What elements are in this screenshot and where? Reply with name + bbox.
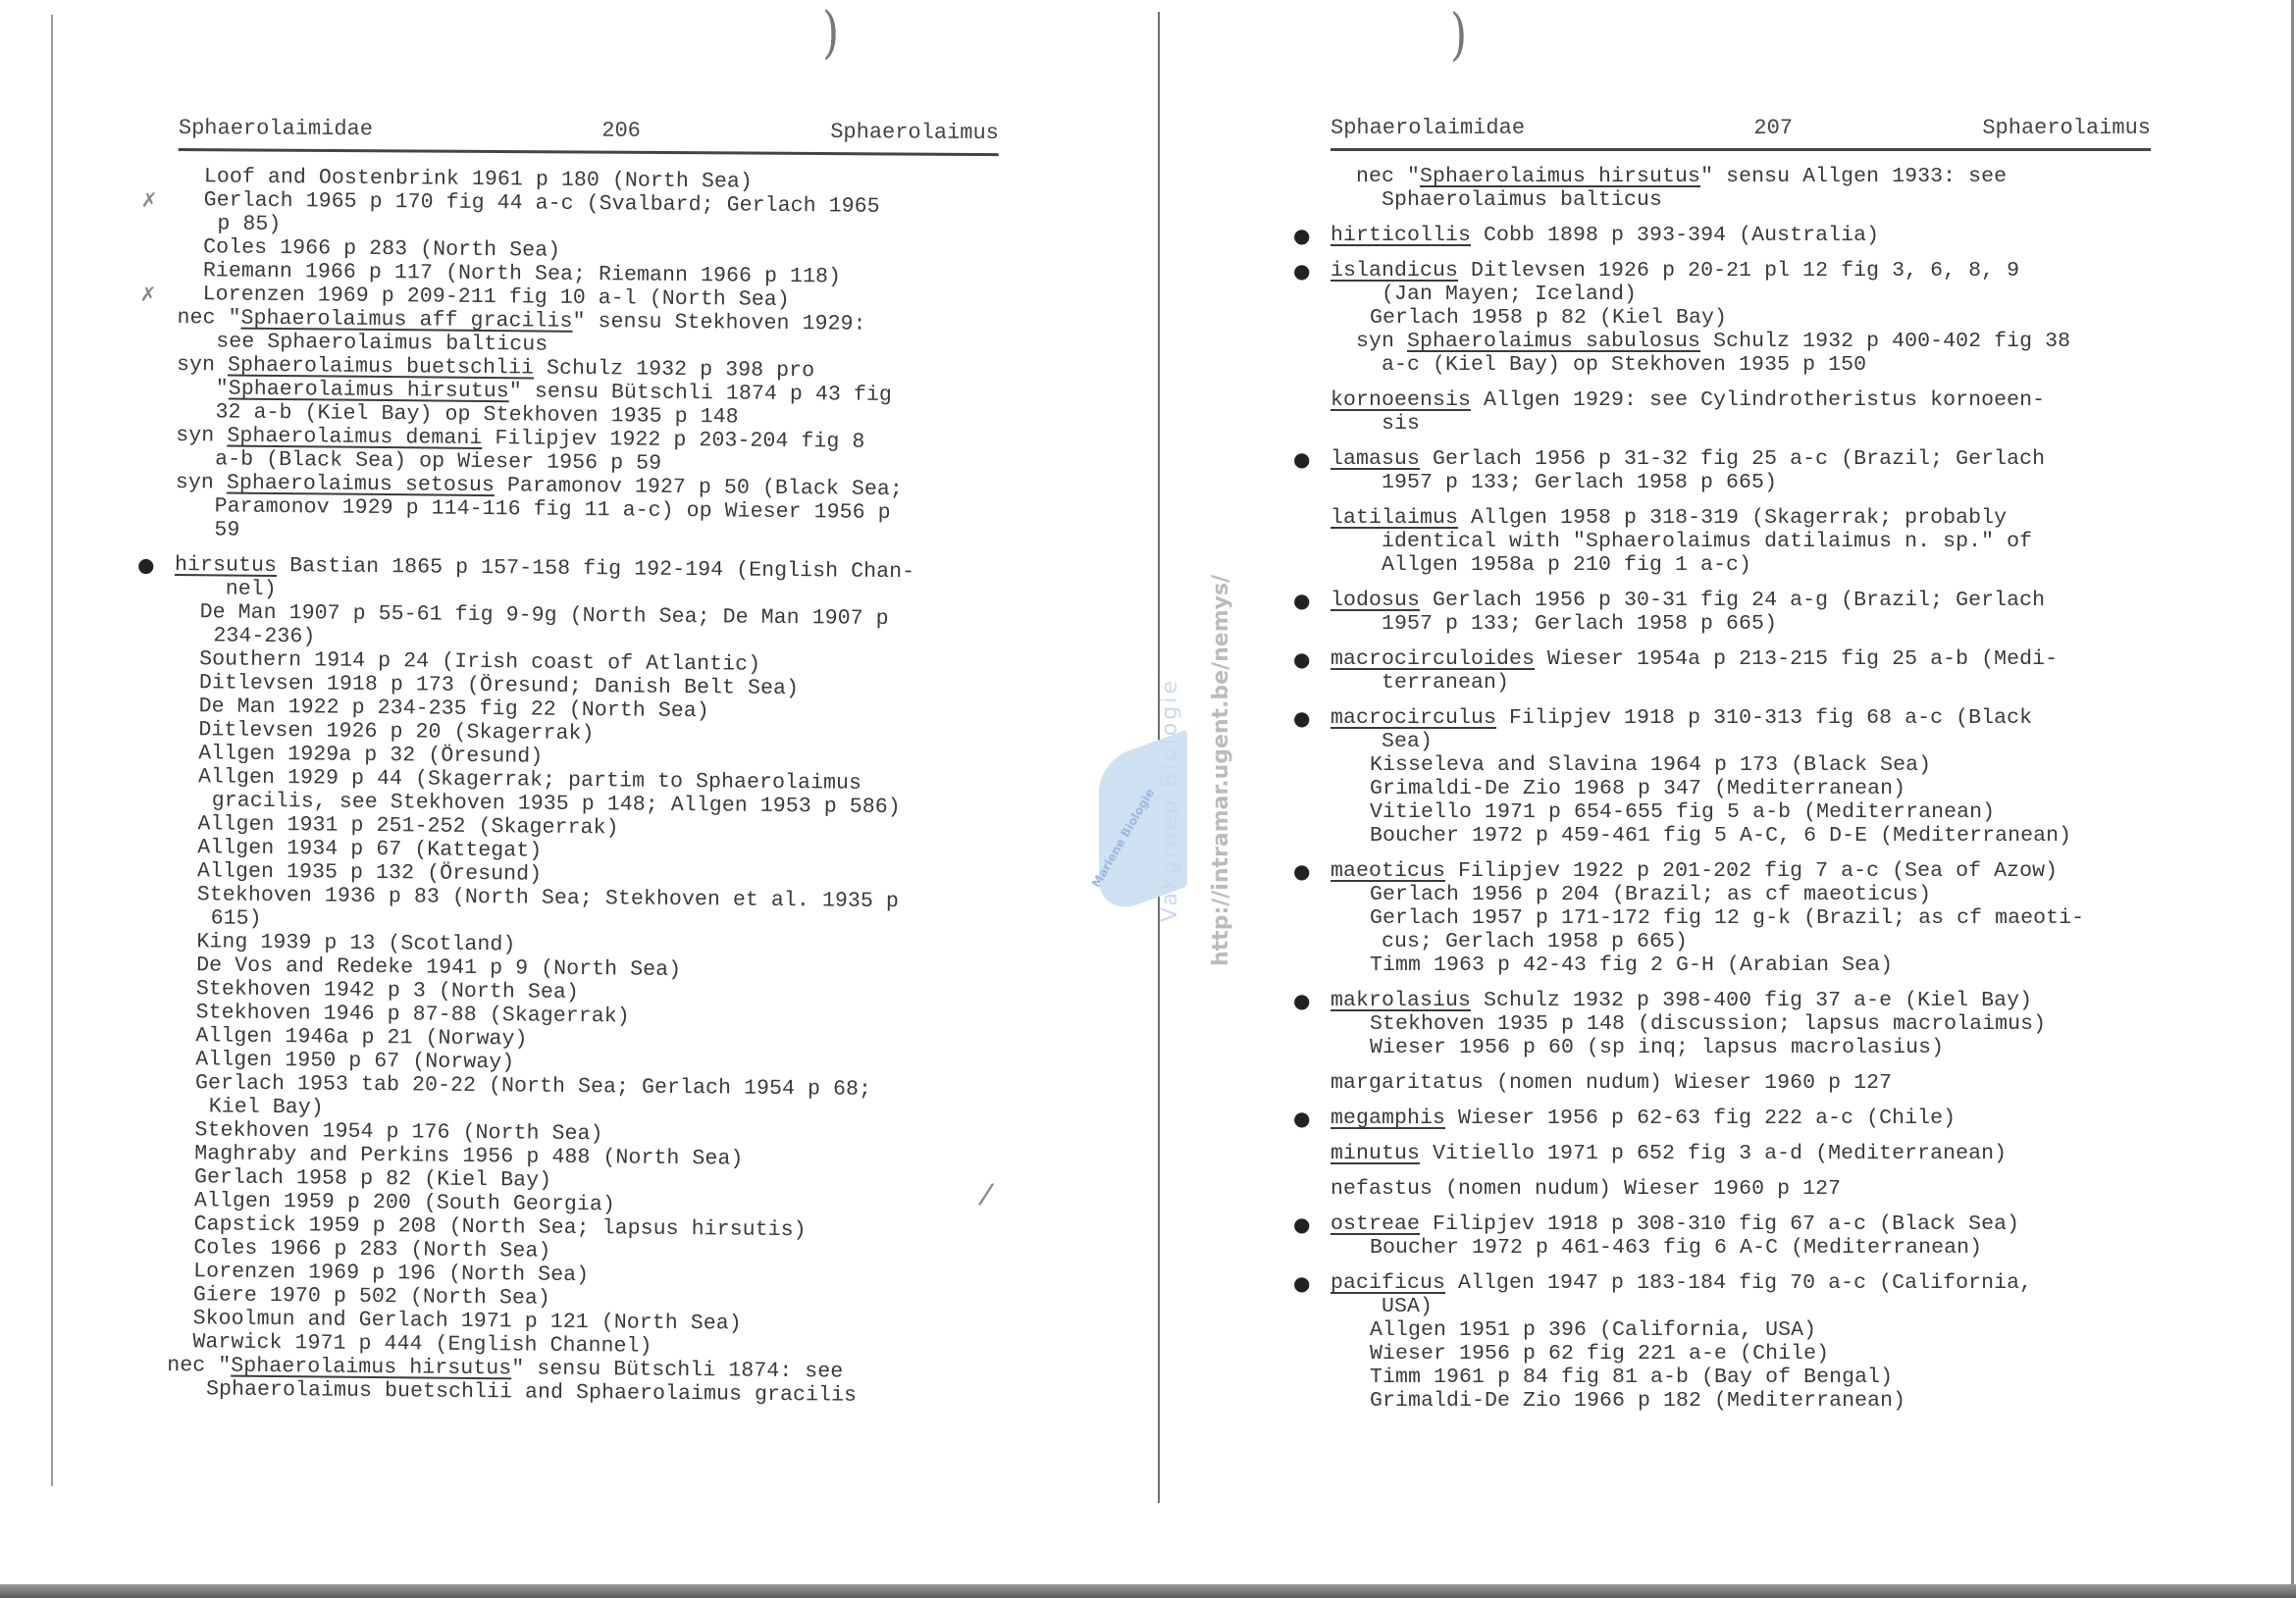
line-text: terranean) xyxy=(1382,671,1509,695)
line-text: nec " xyxy=(177,306,240,331)
line-text: identical with "Sphaerolaimus datilaimus… xyxy=(1382,530,2032,553)
line-text: Ditlevsen 1926 p 20-21 pl 12 fig 3, 6, 8… xyxy=(1458,259,2019,283)
margin-check-mark-icon: ● xyxy=(1293,259,1311,283)
line-text: Kisseleva and Slavina 1964 p 173 (Black … xyxy=(1370,753,1931,777)
reference-line: a-c (Kiel Bay) op Stekhoven 1935 p 150 xyxy=(1331,353,2151,377)
margin-check-mark-icon: ● xyxy=(1293,989,1311,1012)
underlined-taxon-name: lamasus xyxy=(1331,447,1420,471)
underlined-taxon-name: hirticollis xyxy=(1331,224,1471,247)
line-text: Allgen 1935 p 132 (Öresund) xyxy=(197,859,542,886)
reference-line: Stekhoven 1935 p 148 (discussion; lapsus… xyxy=(1331,1012,2151,1036)
underlined-taxon-name: Sphaerolaimus hirsutus xyxy=(1420,165,1700,188)
reference-line: (Jan Mayen; Iceland) xyxy=(1331,283,2151,306)
species-entry: ●ostreae Filipjev 1918 p 308-310 fig 67 … xyxy=(1331,1212,2151,1236)
line-text: Filipjev 1922 p 201-202 fig 7 a-c (Sea o… xyxy=(1445,859,2058,883)
line-text: " sensu Allgen 1933: see xyxy=(1700,165,2007,188)
line-text: 1957 p 133; Gerlach 1958 p 665) xyxy=(1382,612,1777,636)
reference-line: Sphaerolaimus balticus xyxy=(1331,188,2151,212)
species-entry: ●megamphis Wieser 1956 p 62-63 fig 222 a… xyxy=(1331,1107,2151,1130)
underlined-taxon-name: Sphaerolaimus hirsutus xyxy=(231,1355,511,1381)
line-text: Allgen 1929: see Cylindrotheristus korno… xyxy=(1471,388,2045,412)
line-text: Sea) xyxy=(1382,730,1433,753)
genus-name: Sphaerolaimus xyxy=(830,120,999,145)
page-number: 206 xyxy=(601,119,641,143)
species-entry: ●maeoticus Filipjev 1922 p 201-202 fig 7… xyxy=(1331,859,2151,883)
line-text: Gerlach 1956 p 30-31 fig 24 a-g (Brazil;… xyxy=(1420,589,2045,612)
margin-check-mark-icon: ● xyxy=(1293,1271,1311,1295)
line-text: nec " xyxy=(167,1354,231,1378)
punch-hole-mark: ) xyxy=(822,0,839,65)
line-text: margaritatus (nomen nudum) Wieser 1960 p… xyxy=(1331,1071,1892,1095)
reference-line: Grimaldi-De Zio 1968 p 347 (Mediterranea… xyxy=(1331,777,2151,800)
species-entry: kornoeensis Allgen 1929: see Cylindrothe… xyxy=(1331,388,2151,412)
line-text: Wieser 1956 p 62 fig 221 a-e (Chile) xyxy=(1370,1342,1829,1366)
line-text: " sensu Stekhoven 1929: xyxy=(572,310,865,336)
family-name: Sphaerolaimidae xyxy=(179,116,373,141)
line-text: Gerlach 1958 p 82 (Kiel Bay) xyxy=(1370,306,1727,330)
line-text: Allgen 1946a p 21 (Norway) xyxy=(195,1024,527,1051)
margin-check-mark-icon: ● xyxy=(1293,706,1311,730)
reference-line: identical with "Sphaerolaimus datilaimus… xyxy=(1331,530,2151,553)
underlined-taxon-name: ostreae xyxy=(1331,1212,1420,1236)
line-text: (Jan Mayen; Iceland) xyxy=(1382,283,1637,306)
underlined-taxon-name: makrolasius xyxy=(1331,989,1471,1012)
line-text: King 1939 p 13 (Scotland) xyxy=(196,930,515,956)
reference-line: Gerlach 1958 p 82 (Kiel Bay) xyxy=(1331,306,2151,330)
reference-line: Timm 1961 p 84 fig 81 a-b (Bay of Bengal… xyxy=(1331,1366,2151,1389)
line-text: Allgen 1947 p 183-184 fig 70 a-c (Califo… xyxy=(1445,1271,2032,1295)
line-text: Sphaerolaimus balticus xyxy=(1382,188,1662,212)
margin-check-mark-icon: ● xyxy=(1293,447,1311,471)
line-text: 234-236) xyxy=(213,624,315,648)
underlined-taxon-name: Sphaerolaimus buetschlii xyxy=(228,353,534,380)
underlined-taxon-name: latilaimus xyxy=(1331,506,1458,530)
underlined-taxon-name: macrocirculoides xyxy=(1331,647,1535,671)
line-text: 1957 p 133; Gerlach 1958 p 665) xyxy=(1382,471,1777,494)
watermark-group: Vakgroep Biologie xyxy=(1158,678,1182,922)
line-text: syn xyxy=(177,353,228,377)
species-entry: ●islandicus Ditlevsen 1926 p 20-21 pl 12… xyxy=(1331,259,2151,283)
margin-check-mark-icon: ● xyxy=(137,553,155,577)
line-text: Vitiello 1971 p 652 fig 3 a-d (Mediterra… xyxy=(1420,1142,2007,1165)
line-text: USA) xyxy=(1382,1295,1433,1318)
reference-line: terranean) xyxy=(1331,671,2151,695)
family-name: Sphaerolaimidae xyxy=(1331,116,1525,140)
reference-line: Kisseleva and Slavina 1964 p 173 (Black … xyxy=(1331,753,2151,777)
underlined-taxon-name: Sphaerolaimus aff gracilis xyxy=(240,307,572,334)
page-body: Loof and Oostenbrink 1961 p 180 (North S… xyxy=(167,165,999,1409)
line-text: cus; Gerlach 1958 p 665) xyxy=(1382,930,1688,954)
line-text: Schulz 1932 p 400-402 fig 38 xyxy=(1700,330,2070,353)
reference-line: 1957 p 133; Gerlach 1958 p 665) xyxy=(1331,471,2151,494)
punch-hole-mark: ) xyxy=(1450,2,1467,67)
reference-line: Allgen 1958a p 210 fig 1 a-c) xyxy=(1331,553,2151,577)
species-entry: ●macrocirculoides Wieser 1954a p 213-215… xyxy=(1331,647,2151,671)
line-text: Grimaldi-De Zio 1966 p 182 (Mediterranea… xyxy=(1370,1389,1905,1413)
watermark-url: http://intramar.ugent.be/nemys/ xyxy=(1209,575,1233,966)
margin-check-mark-icon: ● xyxy=(1293,1107,1311,1130)
line-text: Sphaerolaimus buetschlii and Sphaerolaim… xyxy=(206,1377,857,1407)
line-text: Stekhoven 1935 p 148 (discussion; lapsus… xyxy=(1370,1012,2046,1036)
species-entry: ●lamasus Gerlach 1956 p 31-32 fig 25 a-c… xyxy=(1331,447,2151,471)
underlined-taxon-name: minutus xyxy=(1331,1142,1420,1165)
left-page: Sphaerolaimidae 206 Sphaerolaimus Loof a… xyxy=(179,116,999,1401)
line-text: " xyxy=(216,377,229,400)
line-text: Schulz 1932 p 398 pro xyxy=(534,356,814,383)
running-head: Sphaerolaimidae 206 Sphaerolaimus xyxy=(179,116,999,156)
line-text: Boucher 1972 p 459-461 fig 5 A-C, 6 D-E … xyxy=(1370,824,2071,848)
right-page: Sphaerolaimidae 207 Sphaerolaimus nec "S… xyxy=(1331,116,2151,1413)
line-text: Gerlach 1957 p 171-172 fig 12 g-k (Brazi… xyxy=(1370,906,2084,930)
underlined-taxon-name: islandicus xyxy=(1331,259,1458,283)
reference-line: Timm 1963 p 42-43 fig 2 G-H (Arabian Sea… xyxy=(1331,954,2151,977)
line-text: Kiel Bay) xyxy=(209,1095,324,1119)
underlined-taxon-name: Sphaerolaimus sabulosus xyxy=(1407,330,1700,353)
line-text: syn xyxy=(176,424,227,447)
species-entry: ●hirticollis Cobb 1898 p 393-394 (Austra… xyxy=(1331,224,2151,247)
line-text: syn xyxy=(1356,330,1407,353)
reference-line: Boucher 1972 p 459-461 fig 5 A-C, 6 D-E … xyxy=(1331,824,2151,848)
reference-line: cus; Gerlach 1958 p 665) xyxy=(1331,930,2151,954)
line-text: sis xyxy=(1382,412,1420,436)
reference-line: margaritatus (nomen nudum) Wieser 1960 p… xyxy=(1331,1071,2151,1095)
scan-left-edge xyxy=(51,15,53,1486)
line-text: Gerlach 1956 p 204 (Brazil; as cf maeoti… xyxy=(1370,883,1931,906)
line-text: nel) xyxy=(226,577,277,600)
reference-line: nefastus (nomen nudum) Wieser 1960 p 127 xyxy=(1331,1177,2151,1201)
species-entry: ●pacificus Allgen 1947 p 183-184 fig 70 … xyxy=(1331,1271,2151,1295)
reference-line: nec "Sphaerolaimus hirsutus" sensu Allge… xyxy=(1331,165,2151,188)
margin-check-mark-icon: ● xyxy=(1293,647,1311,671)
scan-right-edge xyxy=(2291,0,2294,1598)
line-text: Allgen 1951 p 396 (California, USA) xyxy=(1370,1318,1816,1342)
reference-line: Allgen 1951 p 396 (California, USA) xyxy=(1331,1318,2151,1342)
reference-line: sis xyxy=(1331,412,2151,436)
reference-line: Vitiello 1971 p 654-655 fig 5 a-b (Medit… xyxy=(1331,800,2151,824)
reference-line: USA) xyxy=(1331,1295,2151,1318)
margin-check-mark-icon: ● xyxy=(1293,1212,1311,1236)
species-entry: minutus Vitiello 1971 p 652 fig 3 a-d (M… xyxy=(1331,1142,2151,1165)
line-text: nefastus (nomen nudum) Wieser 1960 p 127 xyxy=(1331,1177,1841,1201)
margin-check-mark-icon: ● xyxy=(1293,224,1311,247)
reference-line: 1957 p 133; Gerlach 1958 p 665) xyxy=(1331,612,2151,636)
underlined-taxon-name: Sphaerolaimus setosus xyxy=(227,471,495,497)
margin-check-mark-icon: ✗ xyxy=(140,283,157,306)
line-text: Allgen 1950 p 67 (Norway) xyxy=(195,1048,514,1074)
reference-line: Sea) xyxy=(1331,730,2151,753)
reference-line: Gerlach 1956 p 204 (Brazil; as cf maeoti… xyxy=(1331,883,2151,906)
underlined-taxon-name: pacificus xyxy=(1331,1271,1445,1295)
line-text: Schulz 1932 p 398-400 fig 37 a-e (Kiel B… xyxy=(1471,989,2032,1012)
reference-line: syn Sphaerolaimus sabulosus Schulz 1932 … xyxy=(1331,330,2151,353)
reference-line: Boucher 1972 p 461-463 fig 6 A-C (Medite… xyxy=(1331,1236,2151,1260)
watermark-section: Mariene Biologie xyxy=(1089,786,1157,890)
line-text: Gerlach 1958 p 82 (Kiel Bay) xyxy=(194,1165,551,1192)
line-text: Cobb 1898 p 393-394 (Australia) xyxy=(1471,224,1879,247)
reference-line: Wieser 1956 p 60 (sp inq; lapsus macrola… xyxy=(1331,1036,2151,1059)
line-text: Timm 1963 p 42-43 fig 2 G-H (Arabian Sea… xyxy=(1370,954,1893,977)
line-text: a-c (Kiel Bay) op Stekhoven 1935 p 150 xyxy=(1382,353,1866,377)
underlined-taxon-name: macrocirculus xyxy=(1331,706,1496,730)
line-text: Filipjev 1918 p 308-310 fig 67 a-c (Blac… xyxy=(1420,1212,2019,1236)
line-text: Wieser 1956 p 62-63 fig 222 a-c (Chile) xyxy=(1445,1107,1956,1130)
genus-name: Sphaerolaimus xyxy=(1982,116,2151,140)
line-text: Vitiello 1971 p 654-655 fig 5 a-b (Medit… xyxy=(1370,800,1995,824)
reference-line: Grimaldi-De Zio 1966 p 182 (Mediterranea… xyxy=(1331,1389,2151,1413)
page-body: nec "Sphaerolaimus hirsutus" sensu Allge… xyxy=(1331,165,2151,1413)
running-head: Sphaerolaimidae 207 Sphaerolaimus xyxy=(1331,116,2151,151)
line-text: see Sphaerolaimus balticus xyxy=(216,330,548,356)
line-text: Allgen 1958a p 210 fig 1 a-c) xyxy=(1382,553,1751,577)
margin-check-mark-icon: ● xyxy=(1293,859,1311,883)
line-text: Grimaldi-De Zio 1968 p 347 (Mediterranea… xyxy=(1370,777,1905,800)
line-text: " sensu Bütschli 1874: see xyxy=(511,1357,843,1383)
line-text: Coles 1966 p 283 (North Sea) xyxy=(203,235,560,262)
line-text: 615) xyxy=(211,906,262,930)
reference-line: Wieser 1956 p 62 fig 221 a-e (Chile) xyxy=(1331,1342,2151,1366)
page-number: 207 xyxy=(1753,116,1793,140)
line-text: Giere 1970 p 502 (North Sea) xyxy=(193,1283,550,1310)
reference-line: Gerlach 1957 p 171-172 fig 12 g-k (Brazi… xyxy=(1331,906,2151,930)
line-text: nec " xyxy=(1356,165,1420,188)
underlined-taxon-name: kornoeensis xyxy=(1331,388,1471,412)
line-text: Coles 1966 p 283 (North Sea) xyxy=(193,1236,550,1263)
margin-check-mark-icon: ● xyxy=(1293,589,1311,612)
line-text: Timm 1961 p 84 fig 81 a-b (Bay of Bengal… xyxy=(1370,1366,1893,1389)
line-text: Allgen 1934 p 67 (Kattegat) xyxy=(197,836,542,862)
line-text: Wieser 1956 p 60 (sp inq; lapsus macrola… xyxy=(1370,1036,1944,1059)
species-entry: ●lodosus Gerlach 1956 p 30-31 fig 24 a-g… xyxy=(1331,589,2151,612)
line-text: Boucher 1972 p 461-463 fig 6 A-C (Medite… xyxy=(1370,1236,1982,1260)
underlined-taxon-name: Sphaerolaimus hirsutus xyxy=(229,377,509,403)
line-text: 59 xyxy=(214,518,239,541)
line-text: p 85) xyxy=(217,212,281,236)
underlined-taxon-name: megamphis xyxy=(1331,1107,1445,1130)
species-entry: ●makrolasius Schulz 1932 p 398-400 fig 3… xyxy=(1331,989,2151,1012)
scan-bottom-edge xyxy=(0,1584,2296,1598)
line-text: Gerlach 1956 p 31-32 fig 25 a-c (Brazil;… xyxy=(1420,447,2045,471)
line-text: Allgen 1929a p 32 (Öresund) xyxy=(198,742,543,768)
line-text: Allgen 1958 p 318-319 (Skagerrak; probab… xyxy=(1458,506,2007,530)
underlined-taxon-name: Sphaerolaimus demani xyxy=(227,424,482,449)
underlined-taxon-name: maeoticus xyxy=(1331,859,1445,883)
underlined-taxon-name: lodosus xyxy=(1331,589,1420,612)
species-entry: ●macrocirculus Filipjev 1918 p 310-313 f… xyxy=(1331,706,2151,730)
margin-check-mark-icon: ✗ xyxy=(141,188,158,212)
underlined-taxon-name: hirsutus xyxy=(175,553,277,578)
species-entry: latilaimus Allgen 1958 p 318-319 (Skager… xyxy=(1331,506,2151,530)
line-text: syn xyxy=(176,471,227,494)
line-text: Filipjev 1918 p 310-313 fig 68 a-c (Blac… xyxy=(1496,706,2032,730)
line-text: Wieser 1954a p 213-215 fig 25 a-b (Medi- xyxy=(1535,647,2058,671)
